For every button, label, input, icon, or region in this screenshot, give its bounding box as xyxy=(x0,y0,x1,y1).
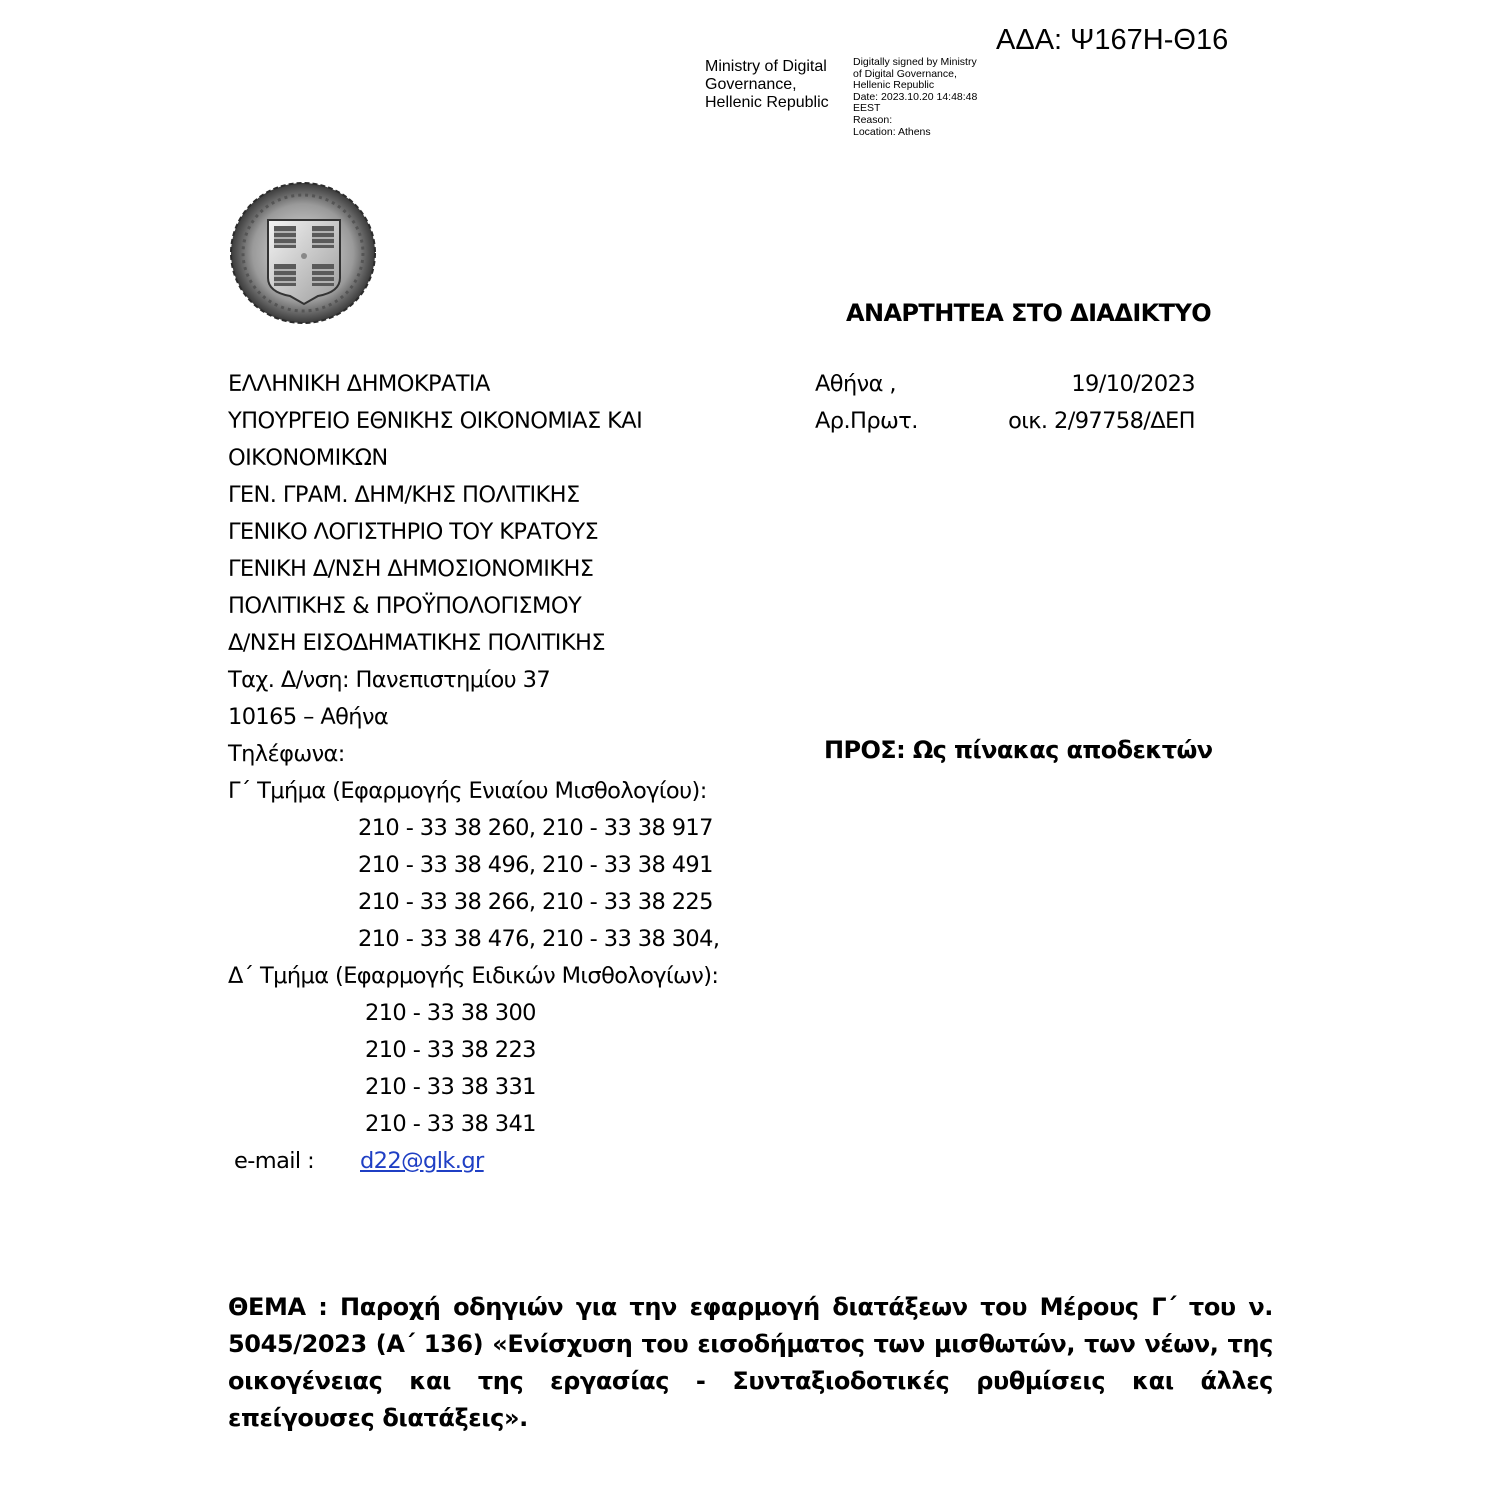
email-label: e-mail : xyxy=(234,1143,360,1180)
dept-c-phone: 210 - 33 38 496, 210 - 33 38 491 xyxy=(228,847,719,884)
sender-address-line: Ταχ. Δ/νση: Πανεπιστημίου 37 xyxy=(228,662,719,699)
dept-d-phone: 210 - 33 38 341 xyxy=(228,1106,719,1143)
dept-d-phone: 210 - 33 38 331 xyxy=(228,1069,719,1106)
dept-c-phone: 210 - 33 38 476, 210 - 33 38 304, xyxy=(228,921,719,958)
sender-line: ΟΙΚΟΝΟΜΙΚΩΝ xyxy=(228,440,719,477)
dept-c-label: Γ΄ Τμήμα (Εφαρμογής Ενιαίου Μισθολογίου)… xyxy=(228,773,719,810)
recipient: ΠΡΟΣ: Ως πίνακας αποδεκτών xyxy=(824,736,1213,764)
sender-line: ΕΛΛΗΝΙΚΗ ΔΗΜΟΚΡΑΤΙΑ xyxy=(228,366,719,403)
sender-address-line: 10165 – Αθήνα xyxy=(228,699,719,736)
ada-code: ΑΔΑ: Ψ167Η-Θ16 xyxy=(996,24,1228,57)
sender-line: ΓΕΝ. ΓΡΑΜ. ΔΗΜ/ΚΗΣ ΠΟΛΙΤΙΚΗΣ xyxy=(228,477,719,514)
greek-coat-of-arms-icon xyxy=(228,180,378,326)
protocol-row: Αρ.Πρωτ. οικ. 2/97758/ΔΕΠ xyxy=(815,403,1195,440)
place-label: Αθήνα , xyxy=(815,366,896,403)
dept-d-phone: 210 - 33 38 223 xyxy=(228,1032,719,1069)
phones-heading: Τηλέφωνα: xyxy=(228,736,719,773)
signature-detail-line: Digitally signed by Ministry xyxy=(853,57,977,69)
signature-detail-line: Location: Athens xyxy=(853,127,977,139)
dept-d-label: Δ΄ Τμήμα (Εφαρμογής Ειδικών Μισθολογίων)… xyxy=(228,958,719,995)
date-row: Αθήνα , 19/10/2023 xyxy=(815,366,1195,403)
dept-d-phone: 210 - 33 38 300 xyxy=(228,995,719,1032)
signature-detail-line: Reason: xyxy=(853,115,977,127)
protocol-number: οικ. 2/97758/ΔΕΠ xyxy=(1008,403,1195,440)
email-row: e-mail :d22@glk.gr xyxy=(228,1143,719,1180)
dept-c-phone: 210 - 33 38 260, 210 - 33 38 917 xyxy=(228,810,719,847)
protocol-label: Αρ.Πρωτ. xyxy=(815,403,918,440)
email-link[interactable]: d22@glk.gr xyxy=(360,1148,484,1174)
publish-notice: ΑΝΑΡΤΗΤΕΑ ΣΤΟ ΔΙΑΔΙΚΤΥΟ xyxy=(846,299,1211,327)
sender-line: ΓΕΝΙΚΟ ΛΟΓΙΣΤΗΡΙΟ ΤΟΥ ΚΡΑΤΟΥΣ xyxy=(228,514,719,551)
dept-c-phone: 210 - 33 38 266, 210 - 33 38 225 xyxy=(228,884,719,921)
sender-line: ΠΟΛΙΤΙΚΗΣ & ΠΡΟΫΠΟΛΟΓΙΣΜΟΥ xyxy=(228,588,719,625)
document-date: 19/10/2023 xyxy=(1071,366,1195,403)
digital-signature-signer: Ministry of Digital Governance, Hellenic… xyxy=(705,58,829,112)
sender-line: ΥΠΟΥΡΓΕΙΟ ΕΘΝΙΚΗΣ ΟΙΚΟΝΟΜΙΑΣ ΚΑΙ xyxy=(228,403,719,440)
signer-line: Hellenic Republic xyxy=(705,94,829,112)
signer-line: Ministry of Digital xyxy=(705,58,829,76)
sender-line: ΓΕΝΙΚΗ Δ/ΝΣΗ ΔΗΜΟΣΙΟΝΟΜΙΚΗΣ xyxy=(228,551,719,588)
subject: ΘΕΜΑ : Παροχή οδηγιών για την εφαρμογή δ… xyxy=(228,1289,1273,1437)
signer-line: Governance, xyxy=(705,76,829,94)
sender-line: Δ/ΝΣΗ ΕΙΣΟΔΗΜΑΤΙΚΗΣ ΠΟΛΙΤΙΚΗΣ xyxy=(228,625,719,662)
sender-block: ΕΛΛΗΝΙΚΗ ΔΗΜΟΚΡΑΤΙΑ ΥΠΟΥΡΓΕΙΟ ΕΘΝΙΚΗΣ ΟΙ… xyxy=(228,366,719,1180)
digital-signature-details: Digitally signed by Ministry of Digital … xyxy=(853,57,977,138)
document-meta: Αθήνα , 19/10/2023 Αρ.Πρωτ. οικ. 2/97758… xyxy=(815,366,1195,440)
